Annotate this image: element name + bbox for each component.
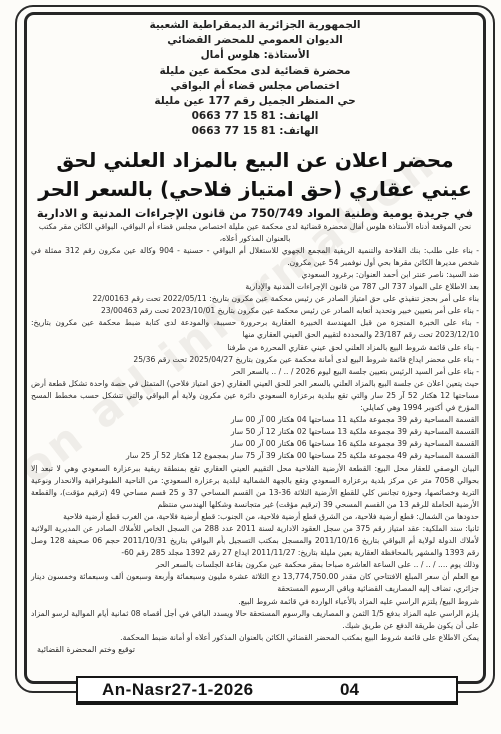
office-header: الجمهورية الجزائرية الديمقراطية الشعبيةا… (31, 18, 479, 140)
notice-paragraph: - بناء على طلب: بنك الفلاحة والتنمية الر… (31, 245, 479, 269)
notice-paragraph: بناء على أمر بحجز تنفيذي على حق امتياز ا… (31, 293, 479, 305)
office-header-line: الهاتف: ‎0663 77 15 81‎ (31, 109, 479, 124)
notice-paragraph: ثانيا: سند الملكية: عقد امتياز رقم 375 م… (31, 523, 479, 559)
notice-paragraph: - بناء على أمر السيد الرئيس بتعيين جلسة … (31, 366, 479, 378)
notice-paragraph: نحن الموقعة أدناه الأستاذة هلوس أمال محض… (31, 221, 479, 245)
notice-paragraph: البيان الوصفي للعقار محل البيع: القطعة ا… (31, 463, 479, 511)
notice-paragraph: القسمة المساحية رقم 49 مجموعة ملكية 25 م… (31, 450, 479, 462)
page-number: 04 (340, 680, 359, 700)
notice-paragraph: وذلك يوم ‎.. / .. / ....‎ على الساعة الع… (31, 559, 479, 571)
notice-paragraph: بعد الاطلاع على المواد 737 الى 787 من قا… (31, 281, 479, 293)
newspaper-name-date: An-Nasr27-1-2026 (102, 680, 254, 700)
office-header-line: الهاتف: ‎0663 77 15 81‎ (31, 124, 479, 139)
notice-content: الجمهورية الجزائرية الديمقراطية الشعبيةا… (31, 18, 479, 654)
office-header-line: الجمهورية الجزائرية الديمقراطية الشعبية (31, 18, 479, 33)
notice-subtitle: في جريدة يومية وطنية المواد ‎750/749‎ من… (31, 206, 479, 220)
notice-paragraph: يمكن الاطلاع على قائمة شروط البيع بمكتب … (31, 632, 479, 644)
notice-paragraph: - بناء على قائمة شروط البيع بالمزاد العل… (31, 342, 479, 354)
scanned-legal-notice-page: on all information الجمهورية الجزائرية ا… (0, 0, 501, 734)
notice-paragraph: حدودها من الشمال: قطع أرضية فلاحية، من ا… (31, 511, 479, 523)
notice-paragraph: - بناء على أمر بتعيين خبير وتحديد أتعابه… (31, 305, 479, 317)
notice-paragraph: ضد السيد: ناصر عنتر ابن أحمد العنوان: بر… (31, 269, 479, 281)
notice-paragraph: حيث يتعين اعلان عن جلسة البيع بالمزاد ال… (31, 378, 479, 414)
notice-paragraph: - بناء على الخبرة المنجزة من قبل المهندس… (31, 317, 479, 341)
office-header-line: حي المنظر الجميل رقم ‎177‎ عين مليلة (31, 94, 479, 109)
office-header-line: محضرة قضائية لدى محكمة عين مليلة (31, 64, 479, 79)
office-header-line: الديوان العمومي للمحضر القضائي (31, 33, 479, 48)
notice-body: نحن الموقعة أدناه الأستاذة هلوس أمال محض… (31, 221, 479, 644)
office-header-line: اختصاص مجلس قضاء أم البواقي (31, 79, 479, 94)
notice-paragraph: - بناء على محضر ايداع قائمة شروط البيع ل… (31, 354, 479, 366)
newspaper-footer-strip: An-Nasr27-1-2026 04 (76, 676, 458, 705)
notice-paragraph: القسمة المساحية رقم 39 مجموعة ملكية 13 م… (31, 426, 479, 438)
notice-paragraph: شروط البيع/ يلتزم الراسي عليه المزاد بال… (31, 596, 479, 608)
notice-paragraph: يلزم الراسي عليه المزاد بدفع ‎1/5‎ الثمن… (31, 608, 479, 632)
notice-paragraph: القسمة المساحية رقم 39 مجموعة ملكية 11 م… (31, 414, 479, 426)
notice-paragraph: القسمة المساحية رقم 39 مجموعة ملكية 16 م… (31, 438, 479, 450)
notice-paragraph: مع العلم أن سعر المبلغ الافتتاحي كان مقد… (31, 571, 479, 595)
signature-line: توقيع وختم المحضرة القضائية (31, 645, 479, 654)
notice-title: محضر اعلان عن البيع بالمزاد العلني لحق ع… (37, 146, 473, 204)
office-header-line: الأستاذة: هلوس أمال (31, 48, 479, 63)
